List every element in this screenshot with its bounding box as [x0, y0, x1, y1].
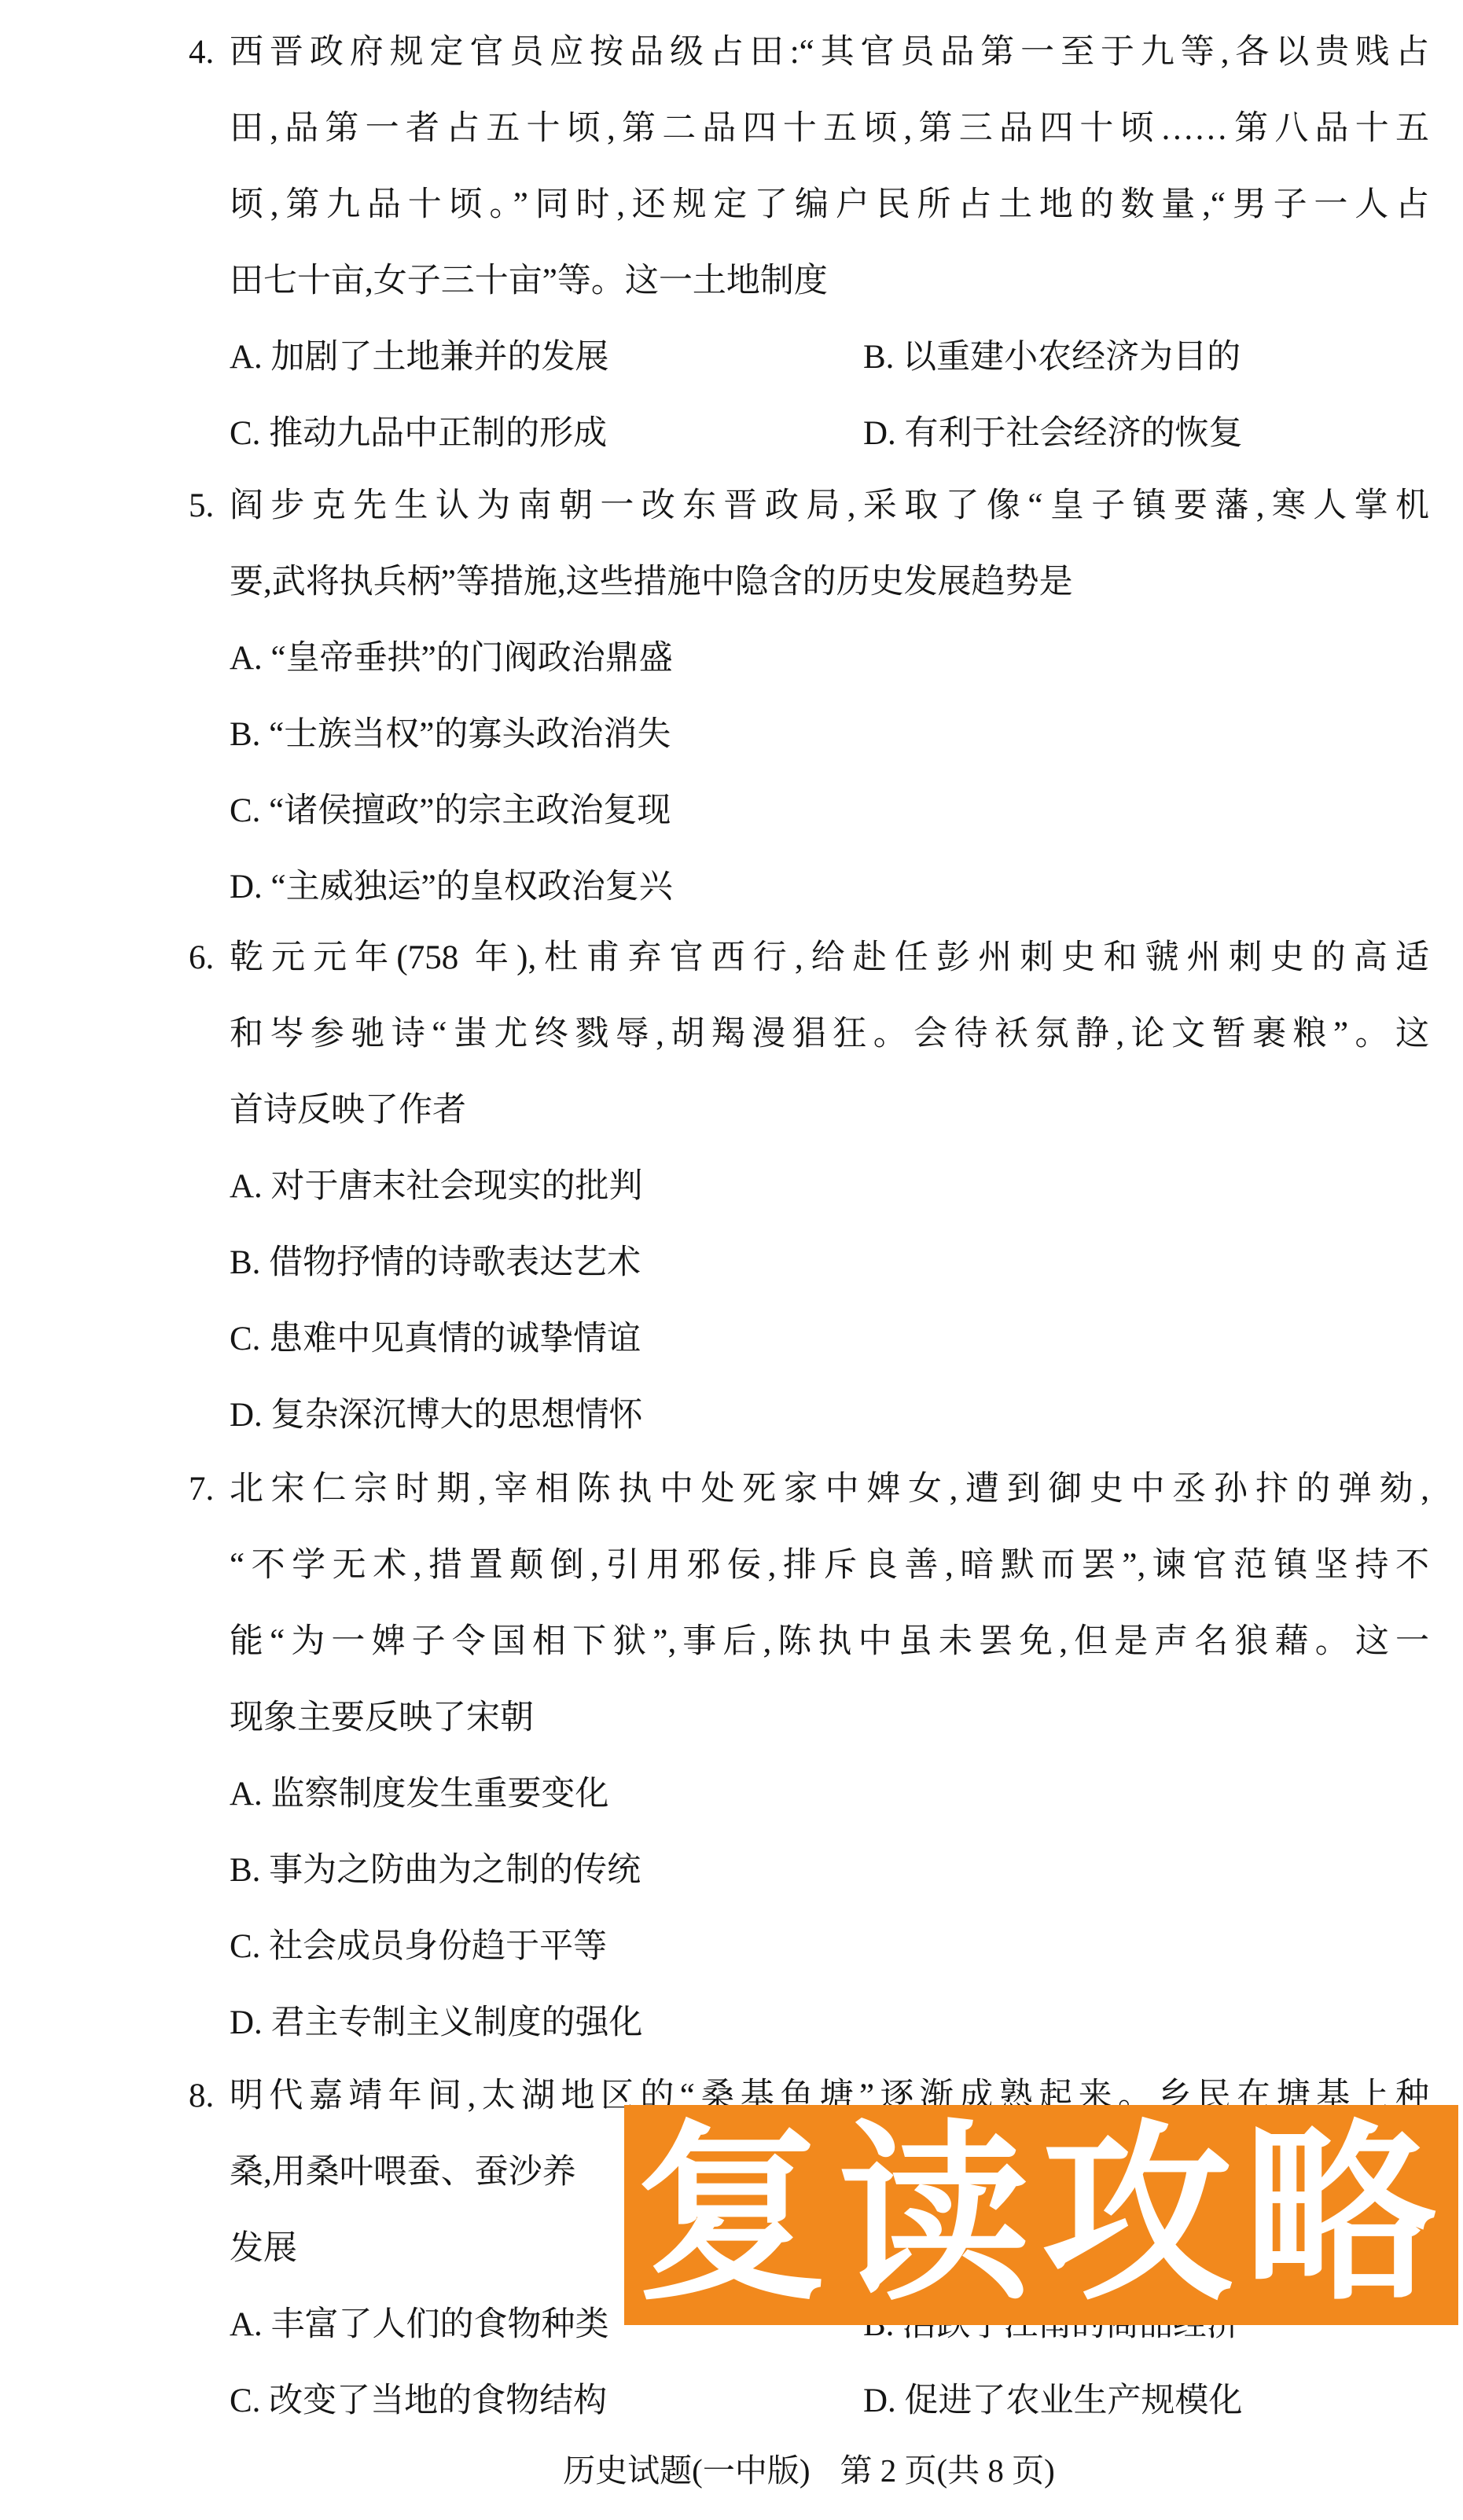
option: D. 复杂深沉博大的思想情怀 — [230, 1397, 643, 1434]
question: 7.北宋仁宗时期,宰相陈执中处死家中婢女,遭到御史中丞孙抃的弹劾,“不学无术,措… — [189, 1451, 1429, 2061]
question-text: 现象主要反映了宋朝 — [230, 1699, 534, 1736]
question-number: 4. — [189, 14, 230, 90]
option-row: A. “皇帝垂拱”的门阀政治鼎盛 — [230, 620, 1429, 696]
option: D. “主威独运”的皇权政治复兴 — [230, 869, 673, 906]
question-line: 能“为一婢子令国相下狱”,事后,陈执中虽未罢免,但是声名狼藉。这一 — [230, 1603, 1429, 1680]
footer-doc-title: 历史试题(一中版) — [563, 2452, 810, 2489]
option-row: D. 君主专制主义制度的强化 — [230, 1985, 1429, 2061]
option-row: C. 改变了当地的食物结构D. 促进了农业生产规模化 — [230, 2363, 1429, 2439]
question-text: 乾元元年(758 年),杜甫弃官西行,给赴任彭州刺史和虢州刺史的高适 — [230, 939, 1429, 976]
question-number: 5. — [189, 468, 230, 544]
question-number: 8. — [189, 2058, 230, 2134]
option-row: C. 推动九品中正制的形成D. 有利于社会经济的恢复 — [230, 395, 1429, 472]
option: C. 患难中见真情的诚挚情谊 — [230, 1321, 641, 1357]
question-number: 7. — [189, 1451, 230, 1527]
question: 6.乾元元年(758 年),杜甫弃官西行,给赴任彭州刺史和虢州刺史的高适和岑参驰… — [189, 920, 1429, 1453]
option: A. 监察制度发生重要变化 — [230, 1776, 609, 1813]
footer-page-number: 第 2 页(共 8 页) — [840, 2452, 1055, 2489]
question-text: 北宋仁宗时期,宰相陈执中处死家中婢女,遭到御史中丞孙抃的弹劾, — [230, 1471, 1429, 1508]
option: C. 社会成员身份趋于平等 — [230, 1928, 607, 1965]
question-line: 田七十亩,女子三十亩”等。这一土地制度 — [230, 243, 1429, 319]
watermark-overlay: 复读攻略 — [624, 2105, 1458, 2325]
option: B. “士族当权”的寡头政治消失 — [230, 716, 671, 753]
option: C. “诸侯擅政”的宗主政治复现 — [230, 792, 671, 829]
question-line: 要,武将执兵柄”等措施,这些措施中隐含的历史发展趋势是 — [230, 544, 1429, 620]
option-row: A. 监察制度发生重要变化 — [230, 1756, 1429, 1832]
question-text: 顷,第九品十顷。”同时,还规定了编户民所占土地的数量,“男子一人占 — [230, 186, 1429, 223]
option-row: C. 社会成员身份趋于平等 — [230, 1908, 1429, 1985]
option: B. 借物抒情的诗歌表达艺术 — [230, 1244, 641, 1281]
question-line: 4.西晋政府规定官员应按品级占田:“其官员品第一至于九等,各以贵贱占 — [230, 14, 1429, 90]
question-text: “不学无术,措置颠倒,引用邪佞,排斥良善,暗默而罢”,谏官范镇坚持不 — [230, 1547, 1429, 1584]
question-line: 顷,第九品十顷。”同时,还规定了编户民所占土地的数量,“男子一人占 — [230, 167, 1429, 243]
option-row: C. “诸侯擅政”的宗主政治复现 — [230, 773, 1429, 849]
option: B. 以重建小农经济为目的 — [863, 319, 1241, 395]
question-line: 7.北宋仁宗时期,宰相陈执中处死家中婢女,遭到御史中丞孙抃的弹劾, — [230, 1451, 1429, 1527]
option-row: A. 对于唐末社会现实的批判 — [230, 1148, 1429, 1225]
option: B. 事为之防曲为之制的传统 — [230, 1852, 641, 1889]
question-text: 桑,用桑叶喂蚕、蚕沙养 — [230, 2154, 576, 2191]
option-row: B. 借物抒情的诗歌表达艺术 — [230, 1225, 1429, 1301]
question-text: 阎步克先生认为南朝一改东晋政局,采取了像“皇子镇要藩,寒人掌机 — [230, 487, 1429, 524]
option: A. 对于唐末社会现实的批判 — [230, 1168, 643, 1205]
option: D. 促进了农业生产规模化 — [863, 2363, 1243, 2439]
question-text: 田七十亩,女子三十亩”等。这一土地制度 — [230, 263, 828, 299]
exam-page: 4.西晋政府规定官员应按品级占田:“其官员品第一至于九等,各以贵贱占田,品第一者… — [0, 0, 1463, 2520]
question-line: 首诗反映了作者 — [230, 1072, 1429, 1148]
question-line: 6.乾元元年(758 年),杜甫弃官西行,给赴任彭州刺史和虢州刺史的高适 — [230, 920, 1429, 996]
question-text: 首诗反映了作者 — [230, 1092, 466, 1129]
question-text: 要,武将执兵柄”等措施,这些措施中隐含的历史发展趋势是 — [230, 564, 1073, 601]
question-text: 西晋政府规定官员应按品级占田:“其官员品第一至于九等,各以贵贱占 — [230, 34, 1429, 71]
question: 4.西晋政府规定官员应按品级占田:“其官员品第一至于九等,各以贵贱占田,品第一者… — [189, 14, 1429, 472]
page-footer: 历史试题(一中版)第 2 页(共 8 页) — [189, 2433, 1429, 2509]
question-line: 和岑参驰诗“蚩尤终戮辱,胡羯漫猖狂。会待袄氛静,论文暂裹粮”。这 — [230, 996, 1429, 1072]
question-line: 田,品第一者占五十顷,第二品四十五顷,第三品四十顷……第八品十五 — [230, 90, 1429, 167]
option-row: D. 复杂深沉博大的思想情怀 — [230, 1377, 1429, 1453]
question-text: 能“为一婢子令国相下狱”,事后,陈执中虽未罢免,但是声名狼藉。这一 — [230, 1623, 1429, 1660]
question-line: 现象主要反映了宋朝 — [230, 1680, 1429, 1756]
question-text: 和岑参驰诗“蚩尤终戮辱,胡羯漫猖狂。会待袄氛静,论文暂裹粮”。这 — [230, 1016, 1429, 1052]
option-row: B. 事为之防曲为之制的传统 — [230, 1832, 1429, 1908]
option: D. 君主专制主义制度的强化 — [230, 2004, 643, 2041]
option-row: B. “士族当权”的寡头政治消失 — [230, 696, 1429, 773]
option-row: A. 加剧了土地兼并的发展B. 以重建小农经济为目的 — [230, 319, 1429, 395]
watermark-text: 复读攻略 — [636, 2105, 1447, 2325]
question-text: 田,品第一者占五十顷,第二品四十五顷,第三品四十顷……第八品十五 — [230, 110, 1429, 147]
option: A. 加剧了土地兼并的发展 — [230, 339, 609, 376]
question-number: 6. — [189, 920, 230, 996]
option-row: D. “主威独运”的皇权政治复兴 — [230, 849, 1429, 925]
question-line: “不学无术,措置颠倒,引用邪佞,排斥良善,暗默而罢”,谏官范镇坚持不 — [230, 1527, 1429, 1603]
option: A. “皇帝垂拱”的门阀政治鼎盛 — [230, 640, 673, 677]
option: C. 改变了当地的食物结构 — [230, 2382, 607, 2419]
question-text: 发展 — [230, 2230, 297, 2267]
option: C. 推动九品中正制的形成 — [230, 415, 607, 452]
option-row: C. 患难中见真情的诚挚情谊 — [230, 1301, 1429, 1377]
question: 5.阎步克先生认为南朝一改东晋政局,采取了像“皇子镇要藩,寒人掌机要,武将执兵柄… — [189, 468, 1429, 925]
option: A. 丰富了人们的食物种类 — [230, 2306, 609, 2343]
option: D. 有利于社会经济的恢复 — [863, 395, 1243, 472]
question-line: 5.阎步克先生认为南朝一改东晋政局,采取了像“皇子镇要藩,寒人掌机 — [230, 468, 1429, 544]
